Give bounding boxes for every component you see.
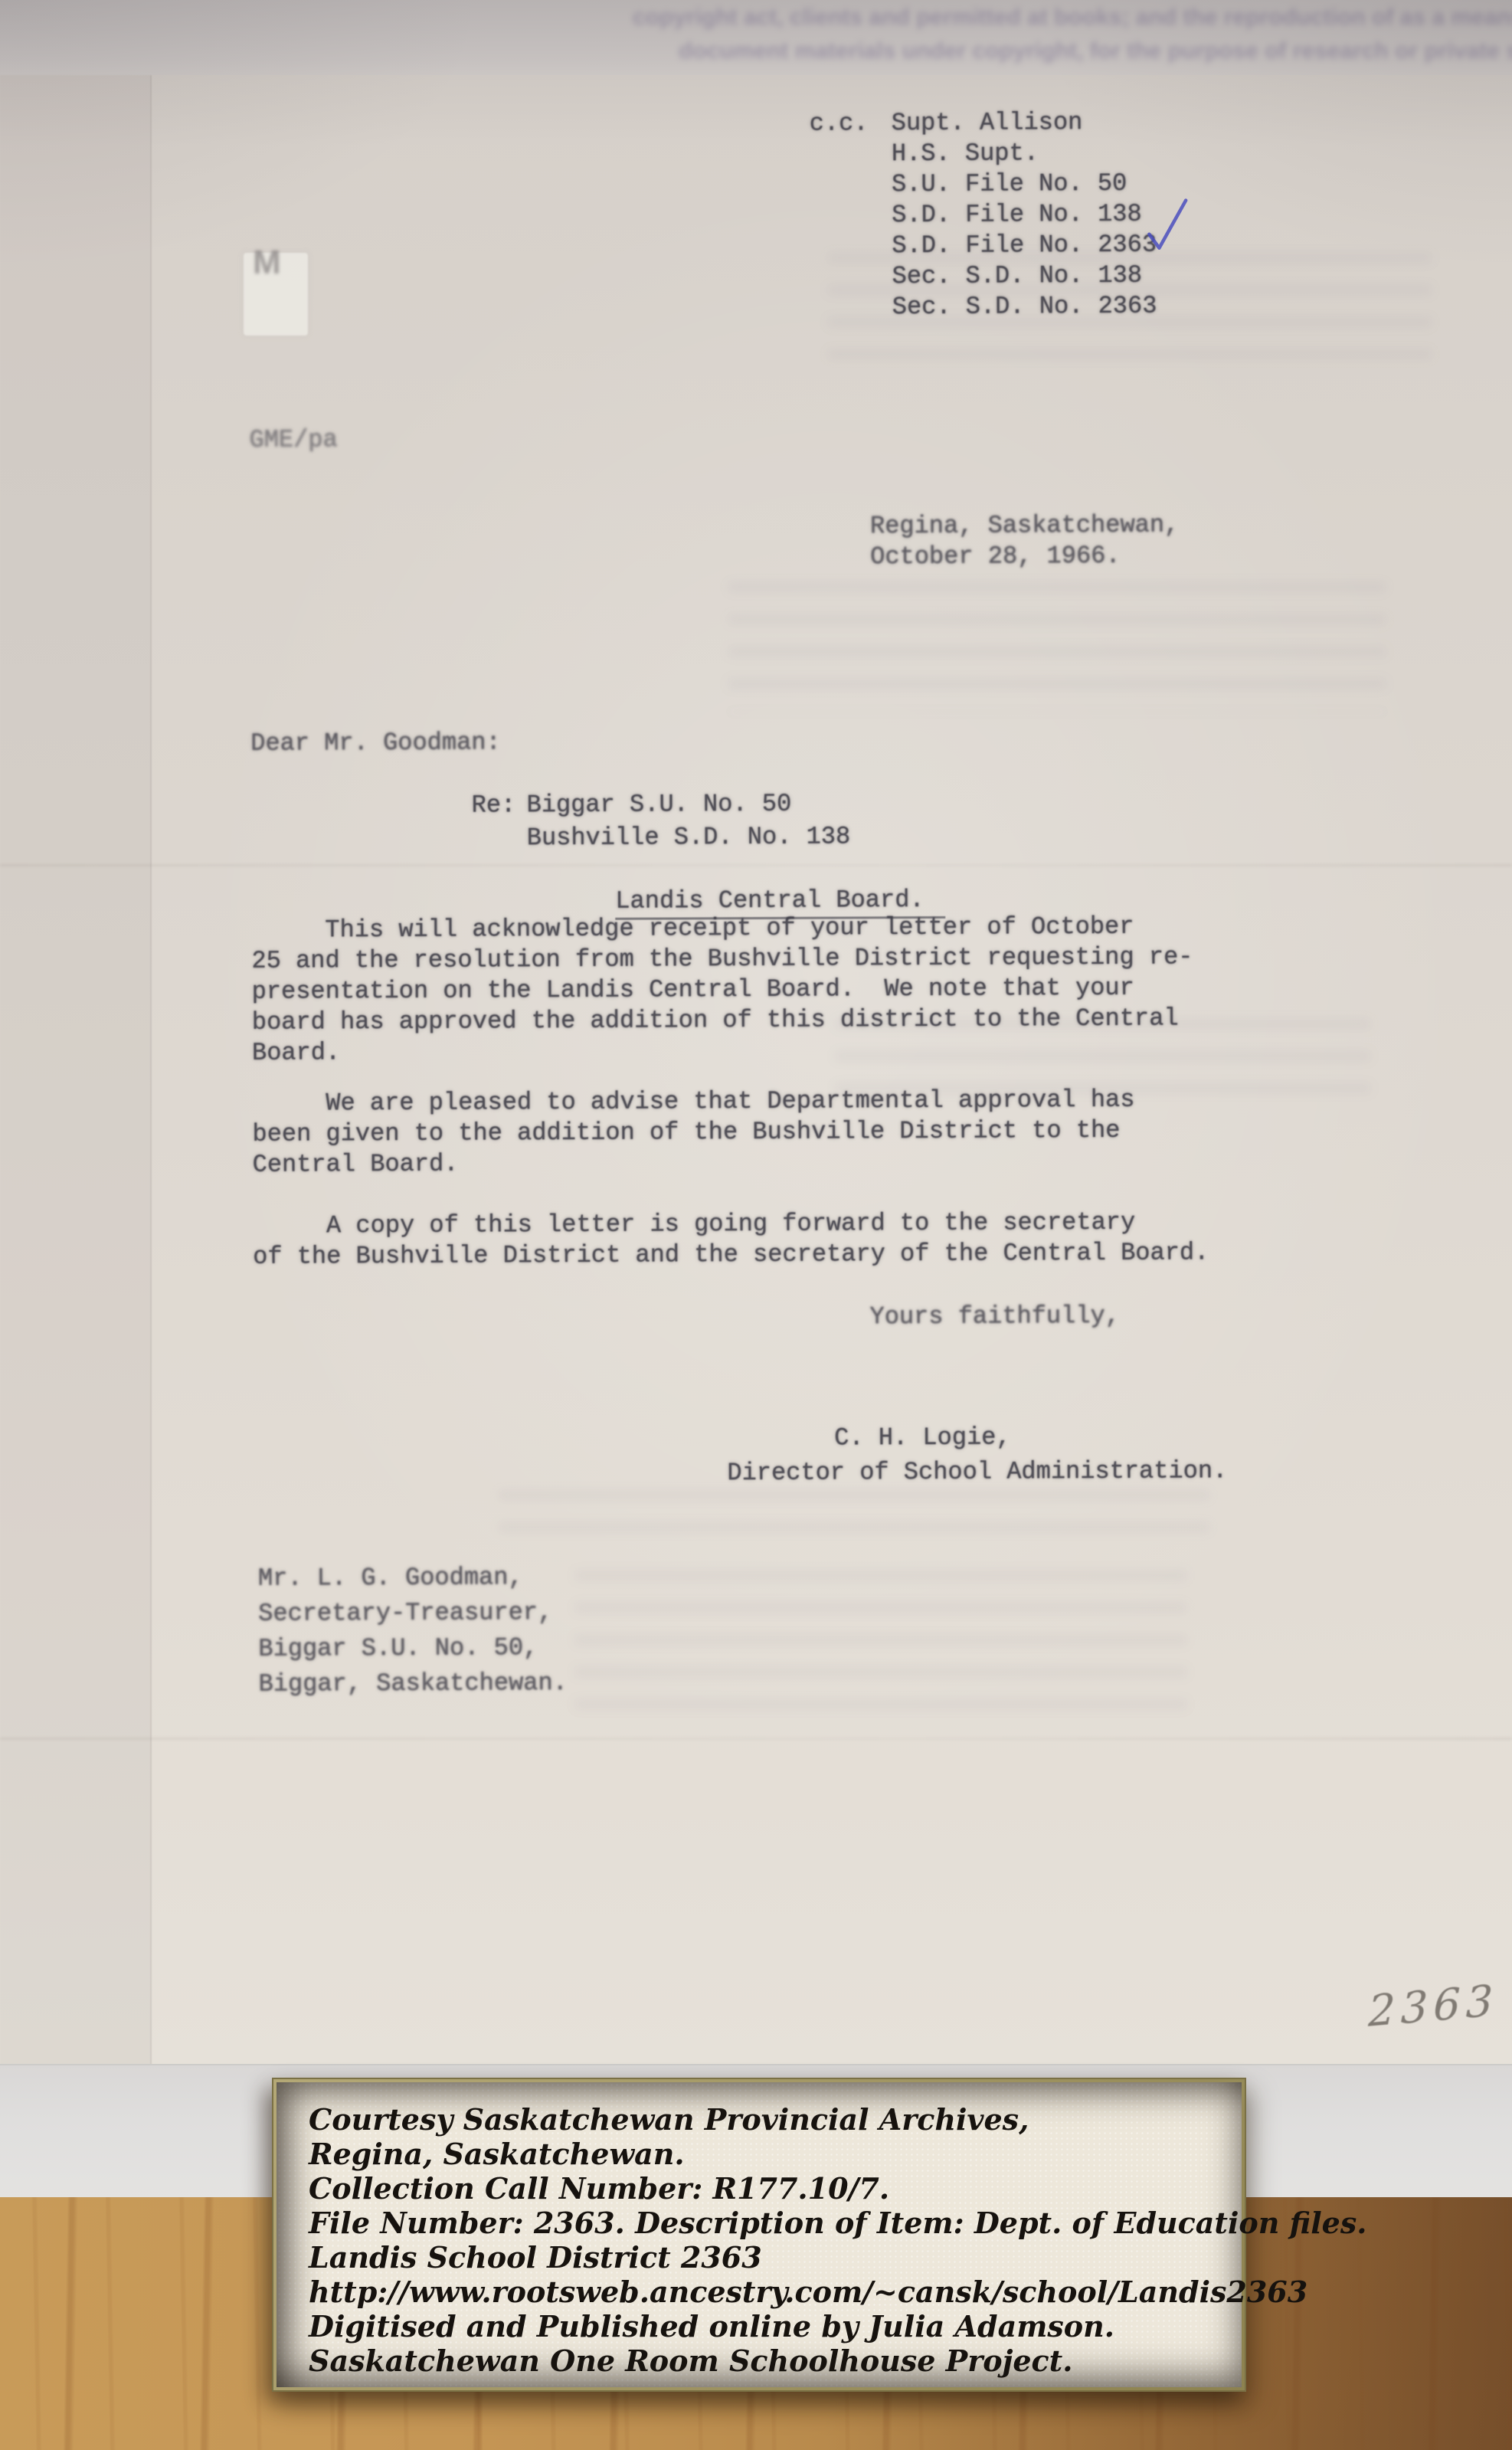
re-line: Biggar S.U. No. 50 [527,789,792,821]
caption-line: Regina, Saskatchewan. [309,2137,1220,2171]
cc-item: S.D. File No. 2363 [892,230,1157,262]
cc-item: Sec. S.D. No. 138 [892,260,1143,292]
caption-line: Landis School District 2363 [309,2240,1220,2275]
caption-url: http://www.rootsweb.ancestry.com/~cansk/… [309,2275,1220,2309]
recipient-line: Secretary-Treasurer, [258,1597,552,1630]
caption-text-block: Courtesy Saskatchewan Provincial Archive… [309,2102,1220,2378]
re-line: Bushville S.D. No. 138 [527,821,851,853]
caption-line: Courtesy Saskatchewan Provincial Archive… [309,2102,1220,2137]
recipient-line: Biggar, Saskatchewan. [259,1668,568,1700]
cc-item: S.D. File No. 138 [892,199,1142,231]
caption-plaque-paper: Courtesy Saskatchewan Provincial Archive… [277,2082,1242,2387]
closing: Yours faithfully, [869,1301,1120,1332]
scanned-letter-page: copyright act, clients and permitted at … [0,0,1512,2450]
place-date: Regina, Saskatchewan, October 28, 1966. [870,510,1180,573]
body-paragraph: This will acknowledge receipt of your le… [251,912,1193,1069]
typist-initials: GME/pa [249,424,337,456]
body-paragraph: A copy of this letter is going forward t… [253,1207,1209,1272]
blue-checkmark-annotation [1146,196,1190,264]
cc-label: c.c. [810,108,869,139]
cc-item: Sec. S.D. No. 2363 [892,291,1157,323]
caption-line: File Number: 2363. Description of Item: … [309,2206,1220,2240]
cc-item: S.U. File No. 50 [892,169,1127,200]
caption-line: Collection Call Number: R177.10/7. [309,2171,1220,2206]
caption-line: Saskatchewan One Room Schoolhouse Projec… [309,2344,1220,2378]
cc-item: H.S. Supt. [892,138,1039,169]
signature-name: C. H. Logie, [834,1423,1011,1454]
signature-title: Director of School Administration. [727,1456,1227,1489]
caption-line: Digitised and Published online by Julia … [309,2309,1220,2344]
caption-plaque: Courtesy Saskatchewan Provincial Archive… [272,2078,1246,2392]
recipient-line: Biggar S.U. No. 50, [258,1633,538,1665]
body-paragraph: We are pleased to advise that Department… [252,1085,1135,1181]
salutation: Dear Mr. Goodman: [250,727,501,758]
recipient-line: Mr. L. G. Goodman, [258,1562,523,1594]
cc-item: Supt. Allison [892,107,1083,139]
re-label: Re: [472,790,516,820]
